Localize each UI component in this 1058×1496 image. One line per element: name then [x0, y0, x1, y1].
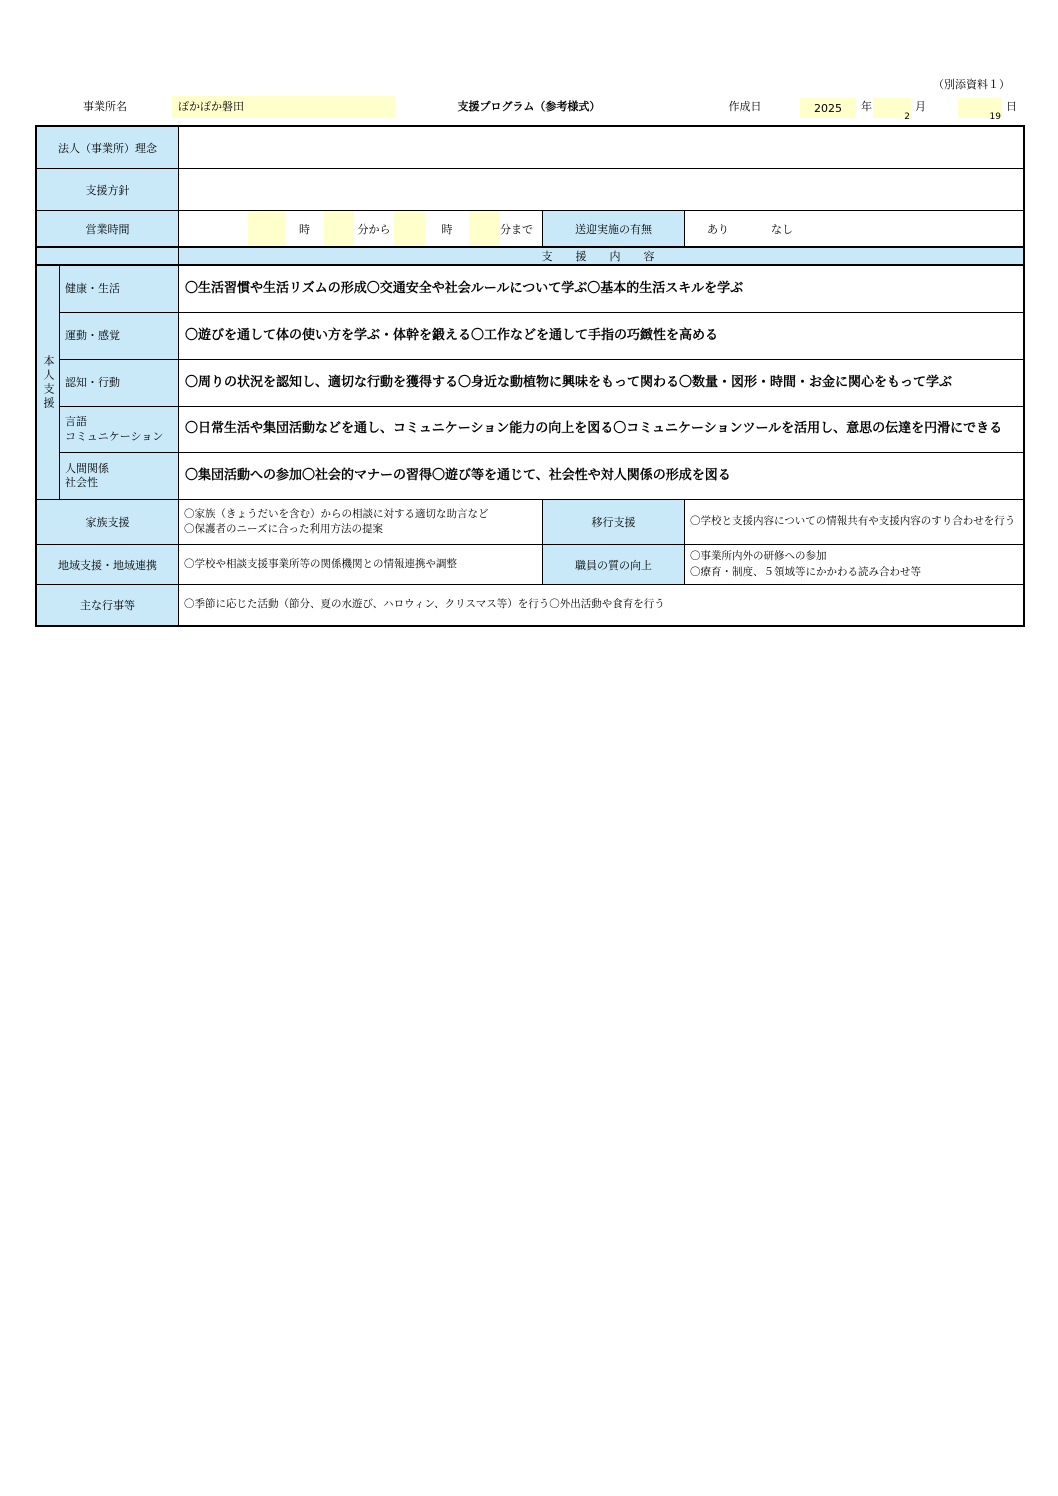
hours-row: 営業時間 時 分から 時 分まで 送迎実施の有無 あり なし: [37, 211, 1023, 248]
personal-support-block: 本人支援 健康・生活 〇生活習慣や生活リズムの形成〇交通安全や社会ルールについて…: [37, 266, 1023, 500]
month-field[interactable]: 2: [873, 98, 911, 118]
philosophy-label: 法人（事業所）理念: [37, 127, 179, 168]
events-row: 主な行事等 〇季節に応じた活動（節分、夏の水遊び、ハロウィン、クリスマス等）を行…: [37, 585, 1023, 625]
content-language-communication: 〇日常生活や集団活動などを通し、コミュニケーション能力の向上を図る〇コミュニケー…: [179, 407, 1023, 452]
content-cognition-behavior: 〇周りの状況を認知し、適切な行動を獲得する〇身近な動植物に興味をもって関わる〇数…: [179, 360, 1023, 406]
community-support-content: 〇学校や相談支援事業所等の関係機関との情報連携や調整: [179, 545, 543, 584]
created-date-label: 作成日: [710, 96, 780, 118]
table-row: 運動・感覚 〇遊びを通して体の使い方を学ぶ・体幹を鍛える〇工作などを通して手指の…: [60, 313, 1023, 360]
family-support-row: 家族支援 〇家族（きょうだいを含む）からの相談に対する適切な助言など 〇保護者の…: [37, 500, 1023, 545]
staff-quality-label: 職員の質の向上: [543, 545, 685, 584]
day-unit-label: 日: [1006, 96, 1017, 118]
document-header: 事業所名 ぽかぽか磐田 支援プログラム（参考様式） 作成日 2025 年 2 月…: [35, 96, 1023, 122]
hour-from-unit: 時: [285, 221, 324, 237]
attachment-note: （別添資料１）: [933, 76, 1010, 92]
document-page: （別添資料１） 事業所名 ぽかぽか磐田 支援プログラム（参考様式） 作成日 20…: [0, 0, 1058, 1496]
support-header-spacer: [37, 248, 179, 264]
support-content-header: 支 援 内 容: [179, 248, 1023, 264]
content-movement-sense: 〇遊びを通して体の使い方を学ぶ・体幹を鍛える〇工作などを通して手指の巧緻性を高め…: [179, 313, 1023, 359]
policy-row: 支援方針: [37, 169, 1023, 211]
table-row: 人間関係 社会性 〇集団活動への参加〇社会的マナーの習得〇遊び等を通じて、社会性…: [60, 453, 1023, 499]
events-label: 主な行事等: [37, 585, 179, 625]
minute-from-unit: 分から: [354, 221, 394, 237]
year-field[interactable]: 2025: [800, 98, 856, 118]
table-row: 言語 コミュニケーション 〇日常生活や集団活動などを通し、コミュニケーション能力…: [60, 407, 1023, 453]
policy-label: 支援方針: [37, 169, 179, 210]
transition-support-label: 移行支援: [543, 500, 685, 544]
support-program-table: 法人（事業所）理念 支援方針 営業時間 時 分から 時 分まで 送迎実施の有無: [35, 125, 1025, 627]
table-row: 認知・行動 〇周りの状況を認知し、適切な行動を獲得する〇身近な動植物に興味をもっ…: [60, 360, 1023, 407]
family-support-label: 家族支援: [37, 500, 179, 544]
community-support-label: 地域支援・地域連携: [37, 545, 179, 584]
personal-support-rows: 健康・生活 〇生活習慣や生活リズムの形成〇交通安全や社会ルールについて学ぶ〇基本…: [60, 266, 1023, 499]
day-field[interactable]: 19: [958, 98, 1002, 118]
community-support-row: 地域支援・地域連携 〇学校や相談支援事業所等の関係機関との情報連携や調整 職員の…: [37, 545, 1023, 585]
content-human-relations: 〇集団活動への参加〇社会的マナーの習得〇遊び等を通じて、社会性や対人関係の形成を…: [179, 453, 1023, 499]
category-movement-sense: 運動・感覚: [60, 313, 179, 359]
category-health-life: 健康・生活: [60, 266, 179, 312]
hour-from-field[interactable]: [248, 211, 285, 246]
minute-to-unit: 分まで: [500, 221, 533, 237]
hours-input-area: 時 分から 時 分まで: [179, 211, 543, 246]
month-unit-label: 月: [915, 96, 926, 118]
year-unit-label: 年: [861, 96, 872, 118]
personal-support-label-cell: 本人支援: [37, 266, 60, 499]
content-health-life: 〇生活習慣や生活リズムの形成〇交通安全や社会ルールについて学ぶ〇基本的生活スキル…: [179, 266, 1023, 312]
hour-to-unit: 時: [425, 221, 469, 237]
transport-option-no[interactable]: なし: [771, 221, 793, 237]
support-content-header-row: 支 援 内 容: [37, 248, 1023, 266]
transport-option-yes[interactable]: あり: [707, 221, 729, 237]
transport-label: 送迎実施の有無: [543, 211, 685, 246]
category-language-communication: 言語 コミュニケーション: [60, 407, 179, 452]
day-value: 19: [990, 113, 1001, 122]
table-row: 健康・生活 〇生活習慣や生活リズムの形成〇交通安全や社会ルールについて学ぶ〇基本…: [60, 266, 1023, 313]
hour-to-field[interactable]: [394, 211, 425, 246]
philosophy-row: 法人（事業所）理念: [37, 127, 1023, 169]
family-support-content: 〇家族（きょうだいを含む）からの相談に対する適切な助言など 〇保護者のニーズに合…: [179, 500, 543, 544]
transport-options: あり なし: [685, 211, 1023, 246]
transition-support-content: 〇学校と支援内容についての情報共有や支援内容のすり合わせを行う: [685, 500, 1020, 544]
month-value: 2: [904, 113, 910, 122]
events-content: 〇季節に応じた活動（節分、夏の水遊び、ハロウィン、クリスマス等）を行う〇外出活動…: [179, 585, 670, 625]
minute-to-field[interactable]: [469, 211, 500, 246]
personal-support-label: 本人支援: [40, 355, 56, 411]
minute-from-field[interactable]: [324, 211, 354, 246]
category-cognition-behavior: 認知・行動: [60, 360, 179, 406]
hours-label: 営業時間: [37, 211, 179, 246]
policy-field[interactable]: [179, 169, 1023, 210]
philosophy-field[interactable]: [179, 127, 1023, 168]
staff-quality-content: 〇事業所内外の研修への参加 〇療育・制度、５領域等にかかわる読み合わせ等: [685, 545, 926, 584]
category-human-relations: 人間関係 社会性: [60, 453, 179, 499]
